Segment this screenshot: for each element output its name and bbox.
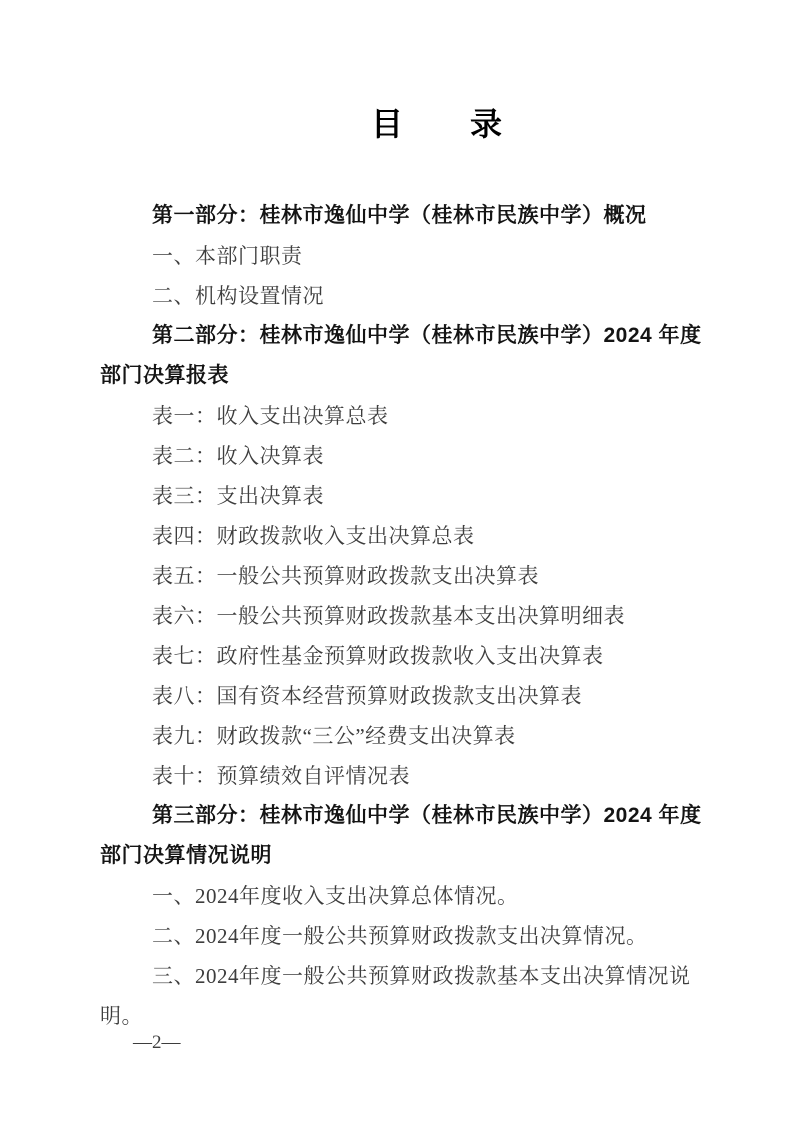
section-3-heading-line-1: 第三部分：桂林市逸仙中学（桂林市民族中学）2024 年度 [100, 796, 700, 836]
section-2-heading-line-1: 第二部分：桂林市逸仙中学（桂林市民族中学）2024 年度 [100, 316, 700, 356]
page-content: 目 录 第一部分：桂林市逸仙中学（桂林市民族中学）概况 一、本部门职责 二、机构… [0, 0, 800, 1036]
toc-section-1: 第一部分：桂林市逸仙中学（桂林市民族中学）概况 一、本部门职责 二、机构设置情况 [100, 196, 700, 316]
toc-item: 表三：支出决算表 [100, 476, 700, 516]
toc-item: 三、2024年度一般公共预算财政拨款基本支出决算情况说 [100, 956, 700, 996]
toc-section-2: 第二部分：桂林市逸仙中学（桂林市民族中学）2024 年度 部门决算报表 表一：收… [100, 316, 700, 796]
toc-item: 表六：一般公共预算财政拨款基本支出决算明细表 [100, 596, 700, 636]
toc-item: 表九：财政拨款“三公”经费支出决算表 [100, 716, 700, 756]
document-page: 目 录 第一部分：桂林市逸仙中学（桂林市民族中学）概况 一、本部门职责 二、机构… [0, 0, 800, 1131]
toc-item: 表十：预算绩效自评情况表 [100, 756, 700, 796]
toc-item: 表一：收入支出决算总表 [100, 396, 700, 436]
toc-item: 二、机构设置情况 [100, 276, 700, 316]
table-of-contents: 第一部分：桂林市逸仙中学（桂林市民族中学）概况 一、本部门职责 二、机构设置情况… [100, 196, 700, 1036]
toc-section-3: 第三部分：桂林市逸仙中学（桂林市民族中学）2024 年度 部门决算情况说明 一、… [100, 796, 700, 1036]
toc-item: 表二：收入决算表 [100, 436, 700, 476]
section-1-heading: 第一部分：桂林市逸仙中学（桂林市民族中学）概况 [100, 196, 700, 236]
footer-page-number: —2— [133, 1032, 181, 1054]
toc-item: 一、本部门职责 [100, 236, 700, 276]
section-2-heading-line-2: 部门决算报表 [100, 356, 700, 396]
toc-item: 表四：财政拨款收入支出决算总表 [100, 516, 700, 556]
toc-item: 一、2024年度收入支出决算总体情况。 [100, 876, 700, 916]
toc-item: 表五：一般公共预算财政拨款支出决算表 [100, 556, 700, 596]
toc-item: 二、2024年度一般公共预算财政拨款支出决算情况。 [100, 916, 700, 956]
toc-item: 表八：国有资本经营预算财政拨款支出决算表 [100, 676, 700, 716]
toc-item: 表七：政府性基金预算财政拨款收入支出决算表 [100, 636, 700, 676]
toc-item-wrap: 明。 [100, 996, 700, 1036]
section-3-heading-line-2: 部门决算情况说明 [100, 836, 700, 876]
page-title: 目 录 [137, 100, 737, 148]
